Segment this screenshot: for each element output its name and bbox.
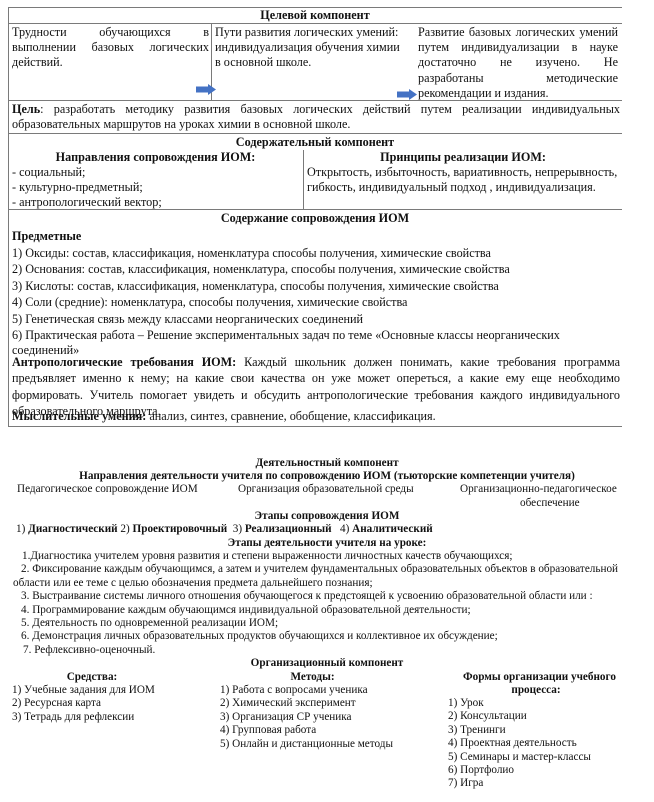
table-divider	[8, 133, 622, 134]
lesson-stage-item: 3. Выстраивание системы личного отношени…	[0, 590, 654, 603]
forms-title: Формы организации учебного	[448, 671, 654, 684]
mental-label: Мыслительные умения:	[12, 409, 146, 423]
arrow-right-icon	[196, 84, 216, 95]
principles-title: Принципы реализации ИОМ:	[304, 150, 622, 165]
means-title: Средства:	[12, 671, 172, 684]
form-item: 6) Портфолио	[448, 764, 591, 777]
support-content-title: Содержание сопровождения ИОМ	[8, 211, 622, 226]
lesson-stage-item: 4. Программирование каждым обучающимся и…	[0, 604, 654, 617]
subject-item: 2) Основания: состав, классификация, ном…	[12, 261, 620, 278]
principles-text: Открытость, избыточность, вариативность,…	[307, 165, 622, 195]
lesson-stage-item: 1.Диагностика учителем уровня развития и…	[0, 550, 654, 563]
teacher-directions-title: Направления деятельности учителя по сопр…	[0, 470, 654, 483]
lesson-stages-list: 1.Диагностика учителем уровня развития и…	[0, 550, 654, 657]
problem-cell: Трудности обучающихся в выполнении базов…	[12, 25, 209, 71]
stage-item: 1) Диагностический	[16, 523, 118, 535]
lesson-stages-title: Этапы деятельности учителя на уроке:	[0, 537, 654, 550]
stage-item: 3) Реализационный	[233, 523, 332, 535]
means-item: 2) Ресурсная карта	[12, 697, 155, 710]
forms-title-cont: процесса:	[448, 684, 624, 697]
lesson-stage-item: 2. Фиксирование каждым обучающимся, а за…	[0, 563, 654, 576]
teacher-direction-item: Педагогическое сопровождение ИОМ	[17, 483, 198, 496]
method-item: 4) Групповая работа	[220, 724, 393, 737]
method-item: 1) Работа с вопросами ученика	[220, 684, 393, 697]
form-item: 5) Семинары и мастер-классы	[448, 751, 591, 764]
form-item: 7) Игра	[448, 777, 591, 790]
stage-item: 4) Аналитический	[340, 523, 433, 535]
directions-title: Направления сопровождения ИОМ:	[8, 150, 303, 165]
teacher-direction-item: Организация образовательной среды	[238, 483, 414, 496]
forms-list: 1) Урок 2) Консультации 3) Тренинги 4) П…	[448, 697, 591, 791]
lesson-stage-item: 5. Деятельность по одновременной реализа…	[0, 617, 654, 630]
method-item: 2) Химический эксперимент	[220, 697, 393, 710]
direction-item: - социальный;	[12, 165, 302, 180]
mental-text: анализ, синтез, сравнение, обобщение, кл…	[146, 409, 435, 423]
means-item: 3) Тетрадь для рефлексии	[12, 711, 155, 724]
content-component-title: Содержательный компонент	[8, 135, 622, 150]
subject-item: 5) Генетическая связь между классами нео…	[12, 311, 620, 328]
form-item: 2) Консультации	[448, 710, 591, 723]
form-item: 3) Тренинги	[448, 724, 591, 737]
anthro-label: Антропологические требования ИОМ:	[12, 355, 236, 369]
means-item: 1) Учебные задания для ИОМ	[12, 684, 155, 697]
ways-cell: Пути развития логических умений: индивид…	[215, 25, 405, 71]
subject-section: Предметные 1) Оксиды: состав, классифика…	[12, 228, 620, 359]
subject-title: Предметные	[12, 228, 620, 245]
target-component-title: Целевой компонент	[8, 8, 622, 23]
arrow-right-icon	[397, 89, 417, 100]
lesson-stage-item-cont: области или ее теме с целью обозначения …	[0, 577, 654, 590]
mental-skills: Мыслительные умения: анализ, синтез, сра…	[12, 409, 620, 424]
stage-item: 2) Проектировочный	[120, 523, 227, 535]
lesson-stage-item: 6. Демонстрация личных образовательных п…	[0, 630, 654, 643]
support-stages-list: 1) Диагностический 2) Проектировочный 3)…	[16, 523, 433, 536]
direction-item: - культурно-предметный;	[12, 180, 302, 195]
support-stages-title: Этапы сопровождения ИОМ	[0, 510, 654, 523]
directions-list: - социальный; - культурно-предметный; - …	[12, 165, 302, 211]
subject-item: 4) Соли (средние): номенклатура, способы…	[12, 294, 620, 311]
subject-item: 1) Оксиды: состав, классификация, номенк…	[12, 245, 620, 262]
methods-list: 1) Работа с вопросами ученика 2) Химичес…	[220, 684, 393, 751]
method-item: 5) Онлайн и дистанционные методы	[220, 738, 393, 751]
activity-component-title: Деятельностный компонент	[0, 457, 654, 470]
table-border-bottom	[8, 426, 622, 427]
teacher-direction-item-cont: обеспечение	[520, 497, 580, 510]
form-item: 4) Проектная деятельность	[448, 737, 591, 750]
goal-label: Цель	[12, 102, 40, 116]
means-list: 1) Учебные задания для ИОМ 2) Ресурсная …	[12, 684, 155, 724]
state-cell: Развитие базовых логических умений путем…	[418, 25, 618, 101]
subject-item: 3) Кислоты: состав, классификация, номен…	[12, 278, 620, 295]
teacher-direction-item: Организационно-педагогическое	[460, 483, 654, 496]
method-item: 3) Организация СР ученика	[220, 711, 393, 724]
goal-statement: Цель: разработать методику развития базо…	[12, 102, 620, 132]
direction-item: - антропологический вектор;	[12, 195, 302, 210]
goal-text: : разработать методику развития базовых …	[12, 102, 620, 131]
methods-title: Методы:	[220, 671, 405, 684]
org-component-title: Организационный компонент	[0, 657, 654, 670]
lesson-stage-item: 7. Рефлексивно-оценочный.	[0, 644, 654, 657]
form-item: 1) Урок	[448, 697, 591, 710]
